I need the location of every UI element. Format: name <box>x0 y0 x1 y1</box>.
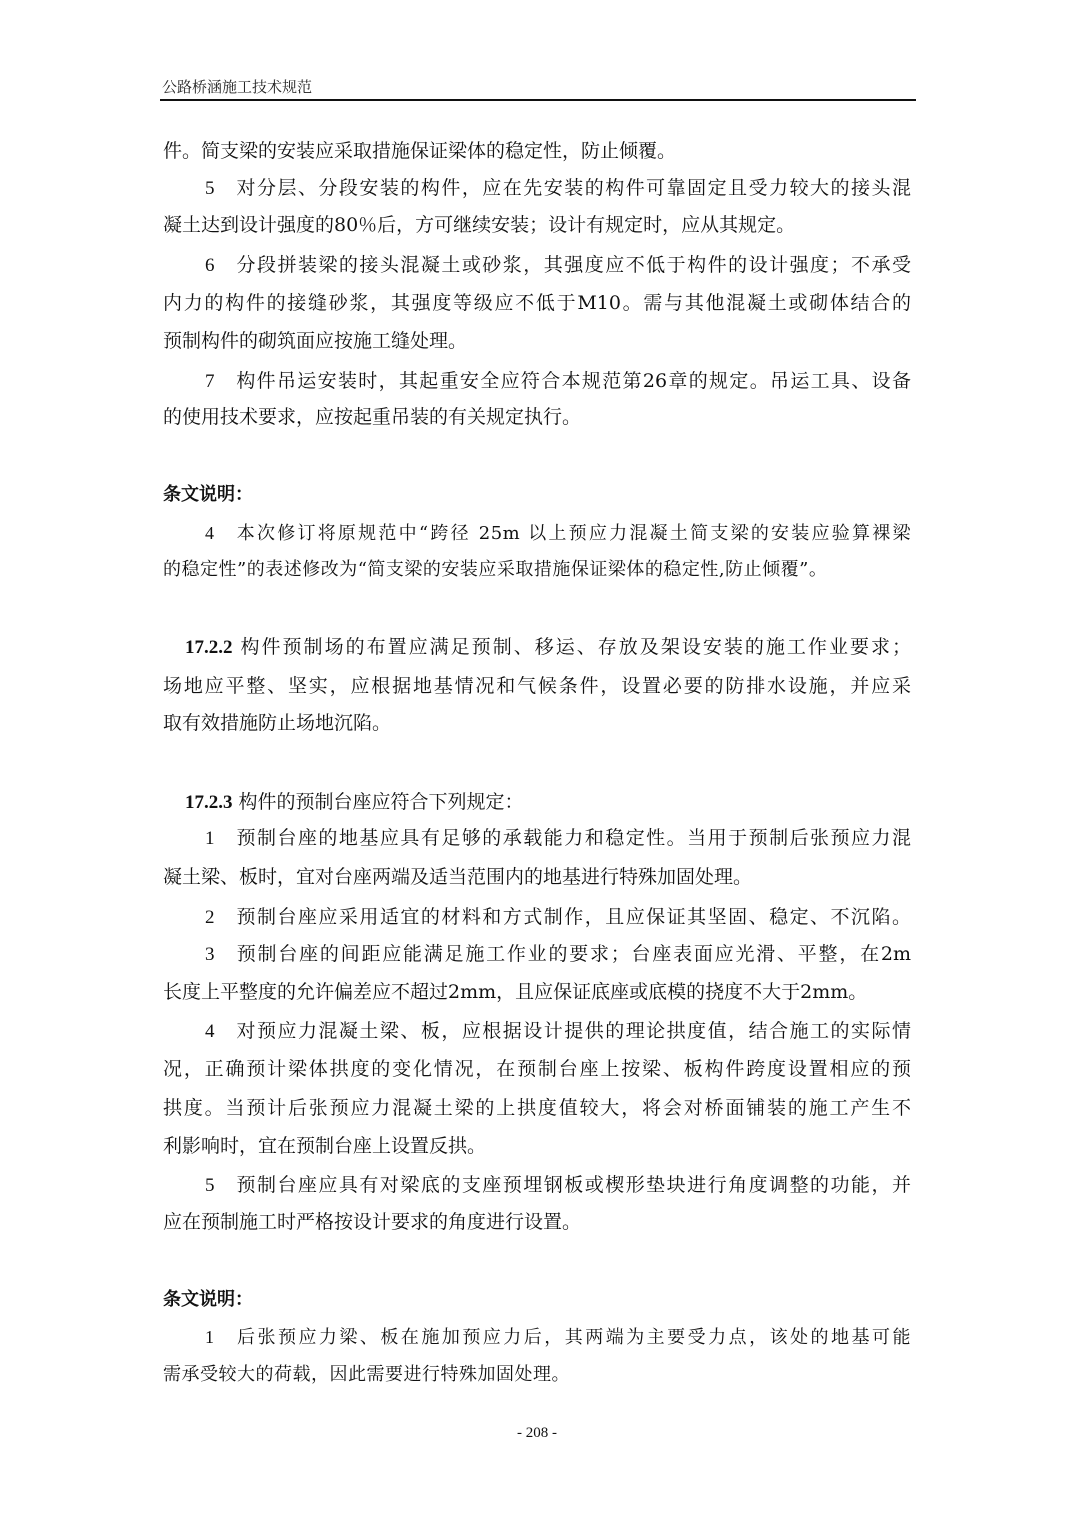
clause-number: 17.2.3 <box>185 792 233 813</box>
commentary-heading: 条文说明： <box>163 484 253 506</box>
item-number: 3 <box>205 944 235 966</box>
paragraph-line: 的使用技术要求，应按起重吊装的有关规定执行。 <box>163 406 911 428</box>
clause-17-2-2-line: 17.2.2构件预制场的布置应满足预制、移运、存放及架设安装的施工作业要求； <box>185 636 911 658</box>
paragraph-line: 利影响时，宜在预制台座上设置反拱。 <box>163 1135 911 1157</box>
list-item-1-line: 1预制台座的地基应具有足够的承载能力和稳定性。当用于预制后张预应力混 <box>205 827 911 849</box>
commentary-line: 1后张预应力梁、板在施加预应力后，其两端为主要受力点，该处的地基可能 <box>205 1326 911 1348</box>
list-item-7-line: 7构件吊运安装时，其起重安全应符合本规范第26章的规定。吊运工具、设备 <box>205 370 911 392</box>
item-number: 6 <box>205 255 235 277</box>
item-number: 5 <box>205 1175 235 1197</box>
list-item-5-line: 5对分层、分段安装的构件，应在先安装的构件可靠固定且受力较大的接头混 <box>205 177 911 199</box>
item-number: 4 <box>205 1021 235 1043</box>
paragraph-line: 内力的构件的接缝砂浆，其强度等级应不低于M10。需与其他混凝土或砌体结合的 <box>163 292 911 314</box>
list-item-3-line: 3预制台座的间距应能满足施工作业的要求；台座表面应光滑、平整，在2m <box>205 943 911 965</box>
clause-number: 17.2.2 <box>185 637 233 658</box>
list-item-2-line: 2预制台座应采用适宜的材料和方式制作，且应保证其坚固、稳定、不沉陷。 <box>205 906 911 928</box>
item-number: 1 <box>205 1326 235 1348</box>
paragraph-line: 取有效措施防止场地沉陷。 <box>163 712 911 734</box>
item-number: 5 <box>205 178 235 200</box>
list-item-6-line: 6分段拼装梁的接头混凝土或砂浆，其强度应不低于构件的设计强度；不承受 <box>205 254 911 276</box>
paragraph-line: 长度上平整度的允许偏差应不超过2mm，且应保证底座或底模的挠度不大于2mm。 <box>163 981 911 1003</box>
paragraph-line: 凝土梁、板时，宜对台座两端及适当范围内的地基进行特殊加固处理。 <box>163 866 911 888</box>
commentary-line: 需承受较大的荷载，因此需要进行特殊加固处理。 <box>163 1364 911 1386</box>
item-number: 7 <box>205 371 235 393</box>
header-divider <box>160 99 916 101</box>
clause-17-2-3-line: 17.2.3构件的预制台座应符合下列规定： <box>185 791 911 813</box>
commentary-line: 4本次修订将原规范中“跨径 25m 以上预应力混凝土简支梁的安装应验算裸梁 <box>205 522 911 544</box>
item-number: 2 <box>205 907 235 929</box>
paragraph-line: 况，正确预计梁体拱度的变化情况，在预制台座上按梁、板构件跨度设置相应的预 <box>163 1058 911 1080</box>
paragraph-line: 场地应平整、坚实，应根据地基情况和气候条件，设置必要的防排水设施，并应采 <box>163 675 911 697</box>
list-item-4-line: 4对预应力混凝土梁、板，应根据设计提供的理论拱度值，结合施工的实际情 <box>205 1020 911 1042</box>
list-item-5-line: 5预制台座应具有对梁底的支座预埋钢板或楔形垫块进行角度调整的功能，并 <box>205 1174 911 1196</box>
page-number: - 208 - <box>0 1425 1074 1442</box>
paragraph-line: 应在预制施工时严格按设计要求的角度进行设置。 <box>163 1211 911 1233</box>
item-number: 1 <box>205 828 235 850</box>
paragraph-line: 拱度。当预计后张预应力混凝土梁的上拱度值较大，将会对桥面铺装的施工产生不 <box>163 1097 911 1119</box>
paragraph-line: 件。简支梁的安装应采取措施保证梁体的稳定性，防止倾覆。 <box>163 140 911 162</box>
paragraph-line: 凝土达到设计强度的80％后，方可继续安装；设计有规定时，应从其规定。 <box>163 214 911 236</box>
commentary-line: 的稳定性”的表述修改为“简支梁的安装应采取措施保证梁体的稳定性,防止倾覆”。 <box>163 559 911 581</box>
document-title: 公路桥涵施工技术规范 <box>162 76 312 97</box>
commentary-heading: 条文说明： <box>163 1289 253 1311</box>
item-number: 4 <box>205 522 235 544</box>
paragraph-line: 预制构件的砌筑面应按施工缝处理。 <box>163 330 911 352</box>
